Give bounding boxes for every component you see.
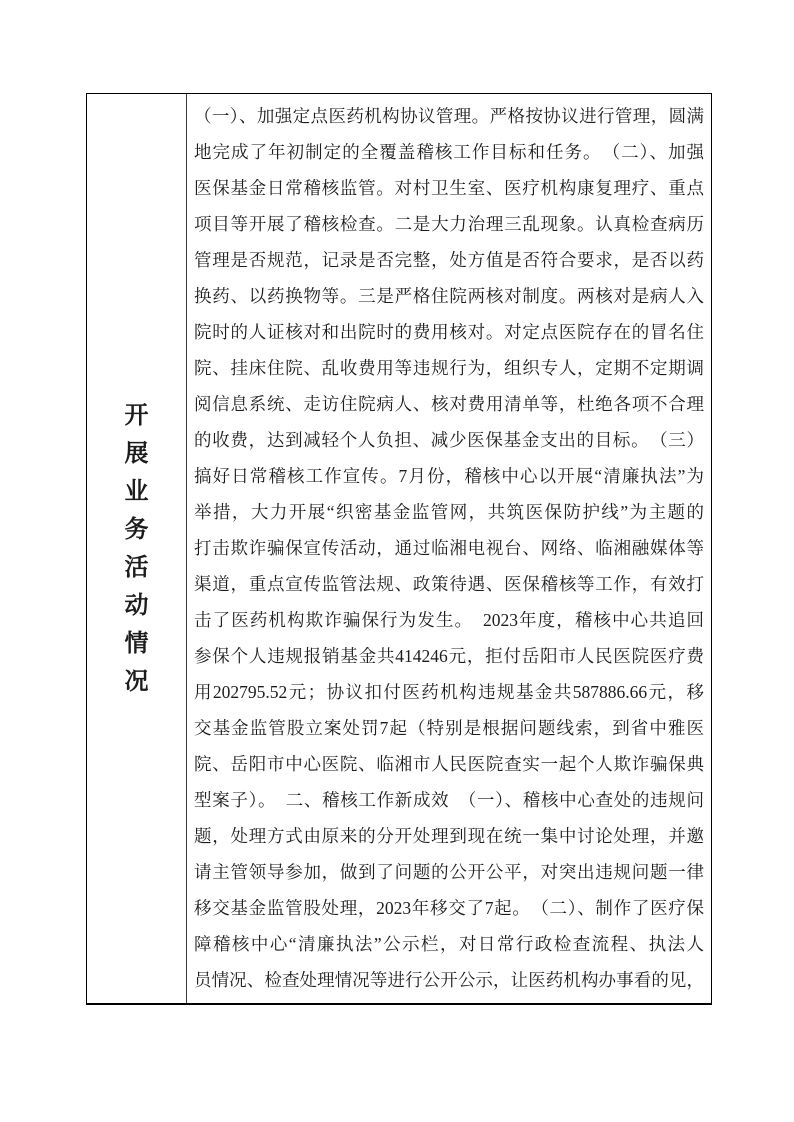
report-line: 搞好日常稽核工作宣传。7月份，稽核中心以开展“清廉执法”为 <box>194 458 704 494</box>
row-header-char: 动 <box>125 594 149 618</box>
report-line: 换药、以药换物等。三是严格住院两核对制度。两核对是病人入 <box>194 278 704 314</box>
report-line: 移交基金监管股处理，2023年移交了7起。 （二）、制作了医疗保 <box>194 890 704 926</box>
report-table: 开 展 业 务 活 动 情 况 （一）、加强定点医药机构协议管理。严格按协议进行… <box>86 93 712 1005</box>
report-line: （一）、加强定点医药机构协议管理。严格按协议进行管理，圆满 <box>194 98 704 134</box>
row-header-char: 活 <box>125 556 149 580</box>
report-line: 的收费，达到减轻个人负担、减少医保基金支出的目标。 （三） <box>194 422 704 458</box>
report-line: 用202795.52元；协议扣付医药机构违规基金共587886.66元，移 <box>194 674 704 710</box>
row-header-cell: 开 展 业 务 活 动 情 况 <box>87 94 187 1003</box>
document-page: 开 展 业 务 活 动 情 况 （一）、加强定点医药机构协议管理。严格按协议进行… <box>0 0 794 1122</box>
report-line: 渠道，重点宣传监管法规、政策待遇、医保稽核等工作，有效打 <box>194 566 704 602</box>
report-line: 阅信息系统、走访住院病人、核对费用清单等，杜绝各项不合理 <box>194 386 704 422</box>
report-line: 地完成了年初制定的全覆盖稽核工作目标和任务。 （二）、加强 <box>194 134 704 170</box>
report-line: 员情况、检查处理情况等进行公开公示，让医药机构办事看的见， <box>194 962 704 998</box>
report-line: 型案子）。 二、稽核工作新成效 （一）、稽核中心查处的违规问 <box>194 782 704 818</box>
report-line: 打击欺诈骗保宣传活动，通过临湘电视台、网络、临湘融媒体等 <box>194 530 704 566</box>
report-line: 举措，大力开展“织密基金监管网，共筑医保防护线”为主题的 <box>194 494 704 530</box>
row-header-char: 务 <box>125 518 149 542</box>
report-line: 参保个人违规报销基金共414246元，拒付岳阳市人民医院医疗费 <box>194 638 704 674</box>
report-line: 障稽核中心“清廉执法”公示栏，对日常行政检查流程、执法人 <box>194 926 704 962</box>
row-header-char: 情 <box>125 632 149 656</box>
report-line: 项目等开展了稽核检查。二是大力治理三乱现象。认真检查病历 <box>194 206 704 242</box>
report-line: 题，处理方式由原来的分开处理到现在统一集中讨论处理，并邀 <box>194 818 704 854</box>
report-body-cell: （一）、加强定点医药机构协议管理。严格按协议进行管理，圆满 地完成了年初制定的全… <box>187 94 711 1003</box>
report-line: 交基金监管股立案处罚7起（特别是根据问题线索，到省中雅医 <box>194 710 704 746</box>
report-line: 院时的人证核对和出院时的费用核对。对定点医院存在的冒名住 <box>194 314 704 350</box>
report-line: 管理是否规范，记录是否完整，处方值是否符合要求，是否以药 <box>194 242 704 278</box>
report-line: 击了医药机构欺诈骗保行为发生。 2023年度，稽核中心共追回 <box>194 602 704 638</box>
report-line: 院、岳阳市中心医院、临湘市人民医院查实一起个人欺诈骗保典 <box>194 746 704 782</box>
report-line: 院、挂床住院、乱收费用等违规行为，组织专人，定期不定期调 <box>194 350 704 386</box>
report-line: 医保基金日常稽核监管。对村卫生室、医疗机构康复理疗、重点 <box>194 170 704 206</box>
row-header-char: 开 <box>125 404 149 428</box>
row-header-char: 况 <box>125 670 149 694</box>
row-header-char: 业 <box>125 480 149 504</box>
report-line: 请主管领导参加，做到了问题的公开公平，对突出违规问题一律 <box>194 854 704 890</box>
row-header-char: 展 <box>125 442 149 466</box>
